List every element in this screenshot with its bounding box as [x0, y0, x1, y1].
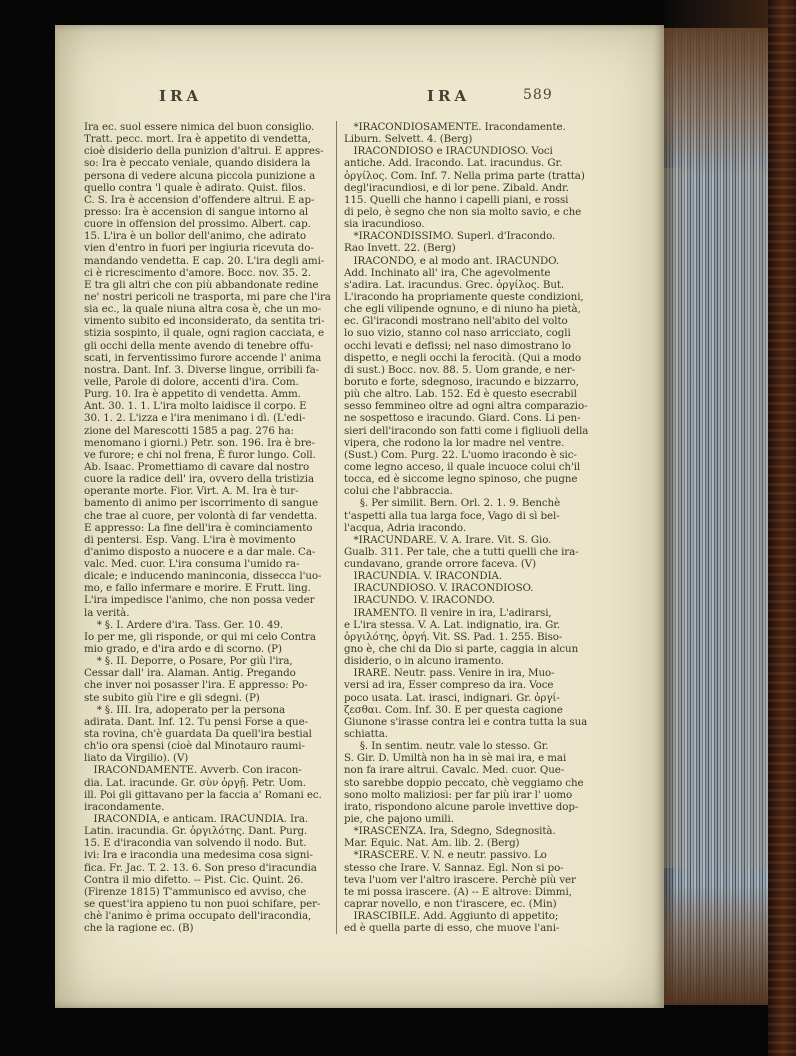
text-line: sta rovina, ch'è guardata Da quell'ira b…	[84, 728, 334, 740]
text-line: E tra gli altri che con più abbandonate …	[84, 279, 334, 291]
text-line: Add. Inchinato all' ira, Che agevolmente	[344, 267, 612, 279]
text-line: 15. L'ira è un bollor dell'animo, che ad…	[84, 230, 334, 242]
text-line: ne' nostri pericoli ne trasporta, mi par…	[84, 291, 334, 303]
text-line: degl'iracundiosi, e di lor pene. Zibald.…	[344, 182, 612, 194]
text-line: 15. E d'iracondia van solvendo il nodo. …	[84, 837, 334, 849]
text-line: IRACONDAMENTE. Avverb. Con iracon-	[84, 764, 334, 776]
text-line: che inver noi posasser l'ira. E appresso…	[84, 679, 334, 691]
text-line: Giunone s'irasse contra lei e contra tut…	[344, 716, 612, 728]
text-line: presso: Ira è accension di sangue intorn…	[84, 206, 334, 218]
text-line: so: Ira è peccato veniale, quando diside…	[84, 157, 334, 169]
text-line: sesso femmineo oltre ad ogni altra compa…	[344, 400, 612, 412]
text-line: Gualb. 311. Per tale, che a tutti quelli…	[344, 546, 612, 558]
text-line: pie, che pajono umili.	[344, 813, 612, 825]
text-line: caprar novello, e non t'irascere, ec. (M…	[344, 898, 612, 910]
text-line: mo, e fallo infermare e morire. E Frutt.…	[84, 582, 334, 594]
text-line: fica. Fr. Jac. T. 2. 13. 6. Son preso d'…	[84, 862, 334, 874]
text-line: e L'ira stessa. V. A. Lat. indignatio, i…	[344, 619, 612, 631]
text-line: t'aspetti alla tua larga foce, Vago di s…	[344, 510, 612, 522]
text-line: ζεσθαι. Com. Inf. 30. E per questa cagio…	[344, 704, 612, 716]
text-line: se quest'ira appieno tu non puoi schifar…	[84, 898, 334, 910]
text-line: teva l'uom ver l'altro irascere. Perchè …	[344, 874, 612, 886]
text-line: * §. I. Ardere d'ira. Tass. Ger. 10. 49.	[84, 619, 334, 631]
text-line: l'acqua, Adria iracondo.	[344, 522, 612, 534]
text-line: *IRASCENZA. Ira, Sdegno, Sdegnosità.	[344, 825, 612, 837]
text-line: Rao Invett. 22. (Berg)	[344, 242, 612, 254]
text-line: s'adira. Lat. iracundus. Grec. ὀργίλος. …	[344, 279, 612, 291]
text-line: *IRASCERE. V. N. e neutr. passivo. Lo	[344, 849, 612, 861]
text-line: dicale; e inducendo maninconia, dissecca…	[84, 570, 334, 582]
text-line: Cessar dall' ira. Alaman. Antig. Pregand…	[84, 667, 334, 679]
text-line: ed è quella parte di esso, che muove l'a…	[344, 922, 612, 934]
running-head-right-title: IRA	[427, 87, 470, 105]
text-line: vimento subito ed inconsiderato, da sent…	[84, 315, 334, 327]
text-line: sto sarebbe doppio peccato, chè veggiamo…	[344, 777, 612, 789]
text-line: iracondamente.	[84, 801, 334, 813]
running-head: IRA IRA 589	[55, 87, 664, 109]
text-line: persona di vedere alcuna piccola punizio…	[84, 170, 334, 182]
fore-edge-bottom-shading	[664, 885, 768, 1005]
text-line: irato, rispondono alcune parole invettiv…	[344, 801, 612, 813]
text-line: colui che l'abbraccia.	[344, 485, 612, 497]
text-line: 30. 1. 2. L'izza e l'ira menimano i dì. …	[84, 412, 334, 424]
text-line: E appresso: La fine dell'ira è cominciam…	[84, 522, 334, 534]
text-line: di pelo, è segno che non sia molto savio…	[344, 206, 612, 218]
text-line: mandando vendetta. E cap. 20. L'ira degl…	[84, 255, 334, 267]
text-line: di sust.) Bocc. nov. 88. 5. Uom grande, …	[344, 364, 612, 376]
text-line: vien d'entro in fuori per ingiuria ricev…	[84, 242, 334, 254]
text-line: d'animo disposto a nuocere e a dar male.…	[84, 546, 334, 558]
text-line: cuore in offension del prossimo. Albert.…	[84, 218, 334, 230]
text-line: antiche. Add. Iracondo. Lat. iracundus. …	[344, 157, 612, 169]
text-line: lo suo vizio, stanno col naso arricciato…	[344, 327, 612, 339]
text-line: che la ragione ec. (B)	[84, 922, 334, 934]
text-line: IRACONDIOSO e IRACUNDIOSO. Voci	[344, 145, 612, 157]
binding-texture	[768, 0, 796, 1056]
text-line: IRARE. Neutr. pass. Venire in ira, Muo-	[344, 667, 612, 679]
text-line: *IRACONDIOSAMENTE. Iracondamente.	[344, 121, 612, 133]
text-line: tocca, ed è siccome legno spinoso, che p…	[344, 473, 612, 485]
text-line: S. Gir. D. Umiltà non ha in sè mai ira, …	[344, 752, 612, 764]
text-line: ch'io ora spensi (cioè dal Minotauro rau…	[84, 740, 334, 752]
text-line: disiderio, o in alcuno iramento.	[344, 655, 612, 667]
text-line: cundavano, grande orrore faceva. (V)	[344, 558, 612, 570]
text-line: 115. Quelli che hanno i capelli piani, e…	[344, 194, 612, 206]
text-line: (Firenze 1815) T'ammunisco ed avviso, ch…	[84, 886, 334, 898]
text-line: non fa irare altrui. Cavalc. Med. cuor. …	[344, 764, 612, 776]
book-page: IRA IRA 589 Ira ec. suol essere nimica d…	[55, 25, 664, 1008]
text-line: scati, in ferventissimo furore accende l…	[84, 352, 334, 364]
text-line: liato da Virgilio). (V)	[84, 752, 334, 764]
text-line: ec. Gl'iracondi mostrano nell'abito del …	[344, 315, 612, 327]
text-line: bamento di animo per iscorrimento di san…	[84, 497, 334, 509]
text-line: sieri dell'iracondo son fatti come i fig…	[344, 425, 612, 437]
fore-edge-middle-shading	[664, 168, 768, 868]
text-line: ci è ricrescimento d'amore. Bocc. nov. 3…	[84, 267, 334, 279]
text-line: gli occhi della mente avendo di tenebre …	[84, 340, 334, 352]
text-line: occhi levati e defissi; nel naso dimostr…	[344, 340, 612, 352]
text-line: dispetto, e negli occhi la ferocità. (Qu…	[344, 352, 612, 364]
text-line: ὀργίλος. Com. Inf. 7. Nella prima parte …	[344, 170, 612, 182]
text-line: Tratt. pecc. mort. Ira è appetito di ven…	[84, 133, 334, 145]
text-line: sia ec., la quale niuna altra cosa è, ch…	[84, 303, 334, 315]
text-line: IRACUNDIA. V. IRACONDIA.	[344, 570, 612, 582]
book-fore-edge	[664, 28, 768, 1005]
text-line: * §. III. Ira, adoperato per la persona	[84, 704, 334, 716]
text-line: L'ira impedisce l'animo, che non possa v…	[84, 594, 334, 606]
text-line: stizia sospinto, il quale, ogni ragion c…	[84, 327, 334, 339]
text-line: versi ad ira, Esser compreso da ira. Voc…	[344, 679, 612, 691]
text-line: dia. Lat. iracunde. Gr. σὺν ὀργῇ. Petr. …	[84, 777, 334, 789]
text-column-left: Ira ec. suol essere nimica del buon cons…	[84, 121, 334, 934]
text-line: Ab. Isaac. Promettiamo di cavare dal nos…	[84, 461, 334, 473]
book-binding	[768, 0, 796, 1056]
text-line: IRAMENTO. Il venire in ira, L'adirarsi,	[344, 607, 612, 619]
fore-edge-top-corner	[664, 0, 768, 28]
text-line: L'iracondo ha propriamente queste condiz…	[344, 291, 612, 303]
text-line: C. S. Ira è accension d'offendere altrui…	[84, 194, 334, 206]
text-line: stesso che Irare. V. Sannaz. Egl. Non si…	[344, 862, 612, 874]
text-line: IRACONDO, e al modo ant. IRACUNDO.	[344, 255, 612, 267]
text-line: §. In sentim. neutr. vale lo stesso. Gr.	[344, 740, 612, 752]
text-line: più che altro. Lab. 152. Ed è questo ese…	[344, 388, 612, 400]
text-line: operante morte. Fior. Virt. A. M. Ira è …	[84, 485, 334, 497]
text-line: te mi possa irascere. (A) -- E altrove: …	[344, 886, 612, 898]
text-line: chè l'animo è prima occupato dell'iracon…	[84, 910, 334, 922]
text-line: poco usata. Lat. irasci, indignari. Gr. …	[344, 692, 612, 704]
text-line: Io per me, gli risponde, or qui mi celo …	[84, 631, 334, 643]
text-line: * §. II. Deporre, o Posare, Por giù l'ir…	[84, 655, 334, 667]
text-line: Ant. 30. 1. 1. L'ira molto laidisce il c…	[84, 400, 334, 412]
text-line: (Sust.) Com. Purg. 22. L'uomo iracondo è…	[344, 449, 612, 461]
text-line: ὀργιλότης, ὀργή. Vit. SS. Pad. 1. 255. B…	[344, 631, 612, 643]
text-line: cioè disiderio della punizion d'altrui. …	[84, 145, 334, 157]
text-line: ill. Poi gli gittavano per la faccia a' …	[84, 789, 334, 801]
text-line: schiatta.	[344, 728, 612, 740]
text-line: Purg. 10. Ira è appetito di vendetta. Am…	[84, 388, 334, 400]
text-line: zione del Marescotti 1585 a pag. 276 ha:	[84, 425, 334, 437]
text-line: IRACUNDIOSO. V. IRACONDIOSO.	[344, 582, 612, 594]
text-line: gno è, che chi da Dio si parte, caggia i…	[344, 643, 612, 655]
text-line: menomano i giorni.) Petr. son. 196. Ira …	[84, 437, 334, 449]
text-line: cuore la radice dell' ira, ovvero della …	[84, 473, 334, 485]
text-line: che trae al cuore, per volontà di far ve…	[84, 510, 334, 522]
text-line: vipera, che rodono la lor madre nel vent…	[344, 437, 612, 449]
text-line: valc. Med. cuor. L'ira consuma l'umido r…	[84, 558, 334, 570]
text-line: Liburn. Selvett. 4. (Berg)	[344, 133, 612, 145]
text-line: boruto e forte, sdegnoso, iracundo e biz…	[344, 376, 612, 388]
text-line: adirata. Dant. Inf. 12. Tu pensi Forse a…	[84, 716, 334, 728]
text-line: ne sospettoso e iracundo. Giard. Cons. L…	[344, 412, 612, 424]
text-line: Latin. iracundia. Gr. ὀργιλότης. Dant. P…	[84, 825, 334, 837]
text-line: *IRACUNDARE. V. A. Irare. Vit. S. Gio.	[344, 534, 612, 546]
text-line: §. Per similit. Bern. Orl. 2. 1. 9. Benc…	[344, 497, 612, 509]
text-line: mio grado, e d'ira ardo e di scorno. (P)	[84, 643, 334, 655]
text-line: sia iracundioso.	[344, 218, 612, 230]
text-line: come legno acceso, il quale incuoce colu…	[344, 461, 612, 473]
text-column-right: *IRACONDIOSAMENTE. Iracondamente.Liburn.…	[336, 121, 612, 934]
fore-edge-top-shading	[664, 28, 768, 178]
text-line: nostra. Dant. Inf. 3. Diverse lingue, or…	[84, 364, 334, 376]
scanned-book-photo: { "book": { "header": { "left_title": "I…	[0, 0, 796, 1056]
text-line: Contra il mio difetto. -- Pist. Cic. Qui…	[84, 874, 334, 886]
text-line: ste subito giù l'ire e gli sdegni. (P)	[84, 692, 334, 704]
text-line: sono molto maliziosi: per far più irar l…	[344, 789, 612, 801]
text-line: Mar. Equic. Nat. Am. lib. 2. (Berg)	[344, 837, 612, 849]
text-line: velle, Parole di dolore, accenti d'ira. …	[84, 376, 334, 388]
text-line: *IRACONDISSIMO. Superl. d'Iracondo.	[344, 230, 612, 242]
text-line: IRACUNDO. V. IRACONDO.	[344, 594, 612, 606]
text-line: ivi: Ira e iracondia una medesima cosa s…	[84, 849, 334, 861]
running-head-left-title: IRA	[159, 87, 202, 105]
text-line: di pentersi. Esp. Vang. L'ira è moviment…	[84, 534, 334, 546]
text-line: la verità.	[84, 607, 334, 619]
page-number: 589	[523, 87, 553, 103]
text-line: che egli vilipende ognuno, e di niuno ha…	[344, 303, 612, 315]
text-line: IRACONDIA, e anticam. IRACUNDIA. Ira.	[84, 813, 334, 825]
text-line: IRASCIBILE. Add. Aggiunto di appetito;	[344, 910, 612, 922]
text-line: Ira ec. suol essere nimica del buon cons…	[84, 121, 334, 133]
text-line: ve furore; e chi nol frena, È furor lung…	[84, 449, 334, 461]
text-line: quello contra 'l quale è adirato. Quist.…	[84, 182, 334, 194]
